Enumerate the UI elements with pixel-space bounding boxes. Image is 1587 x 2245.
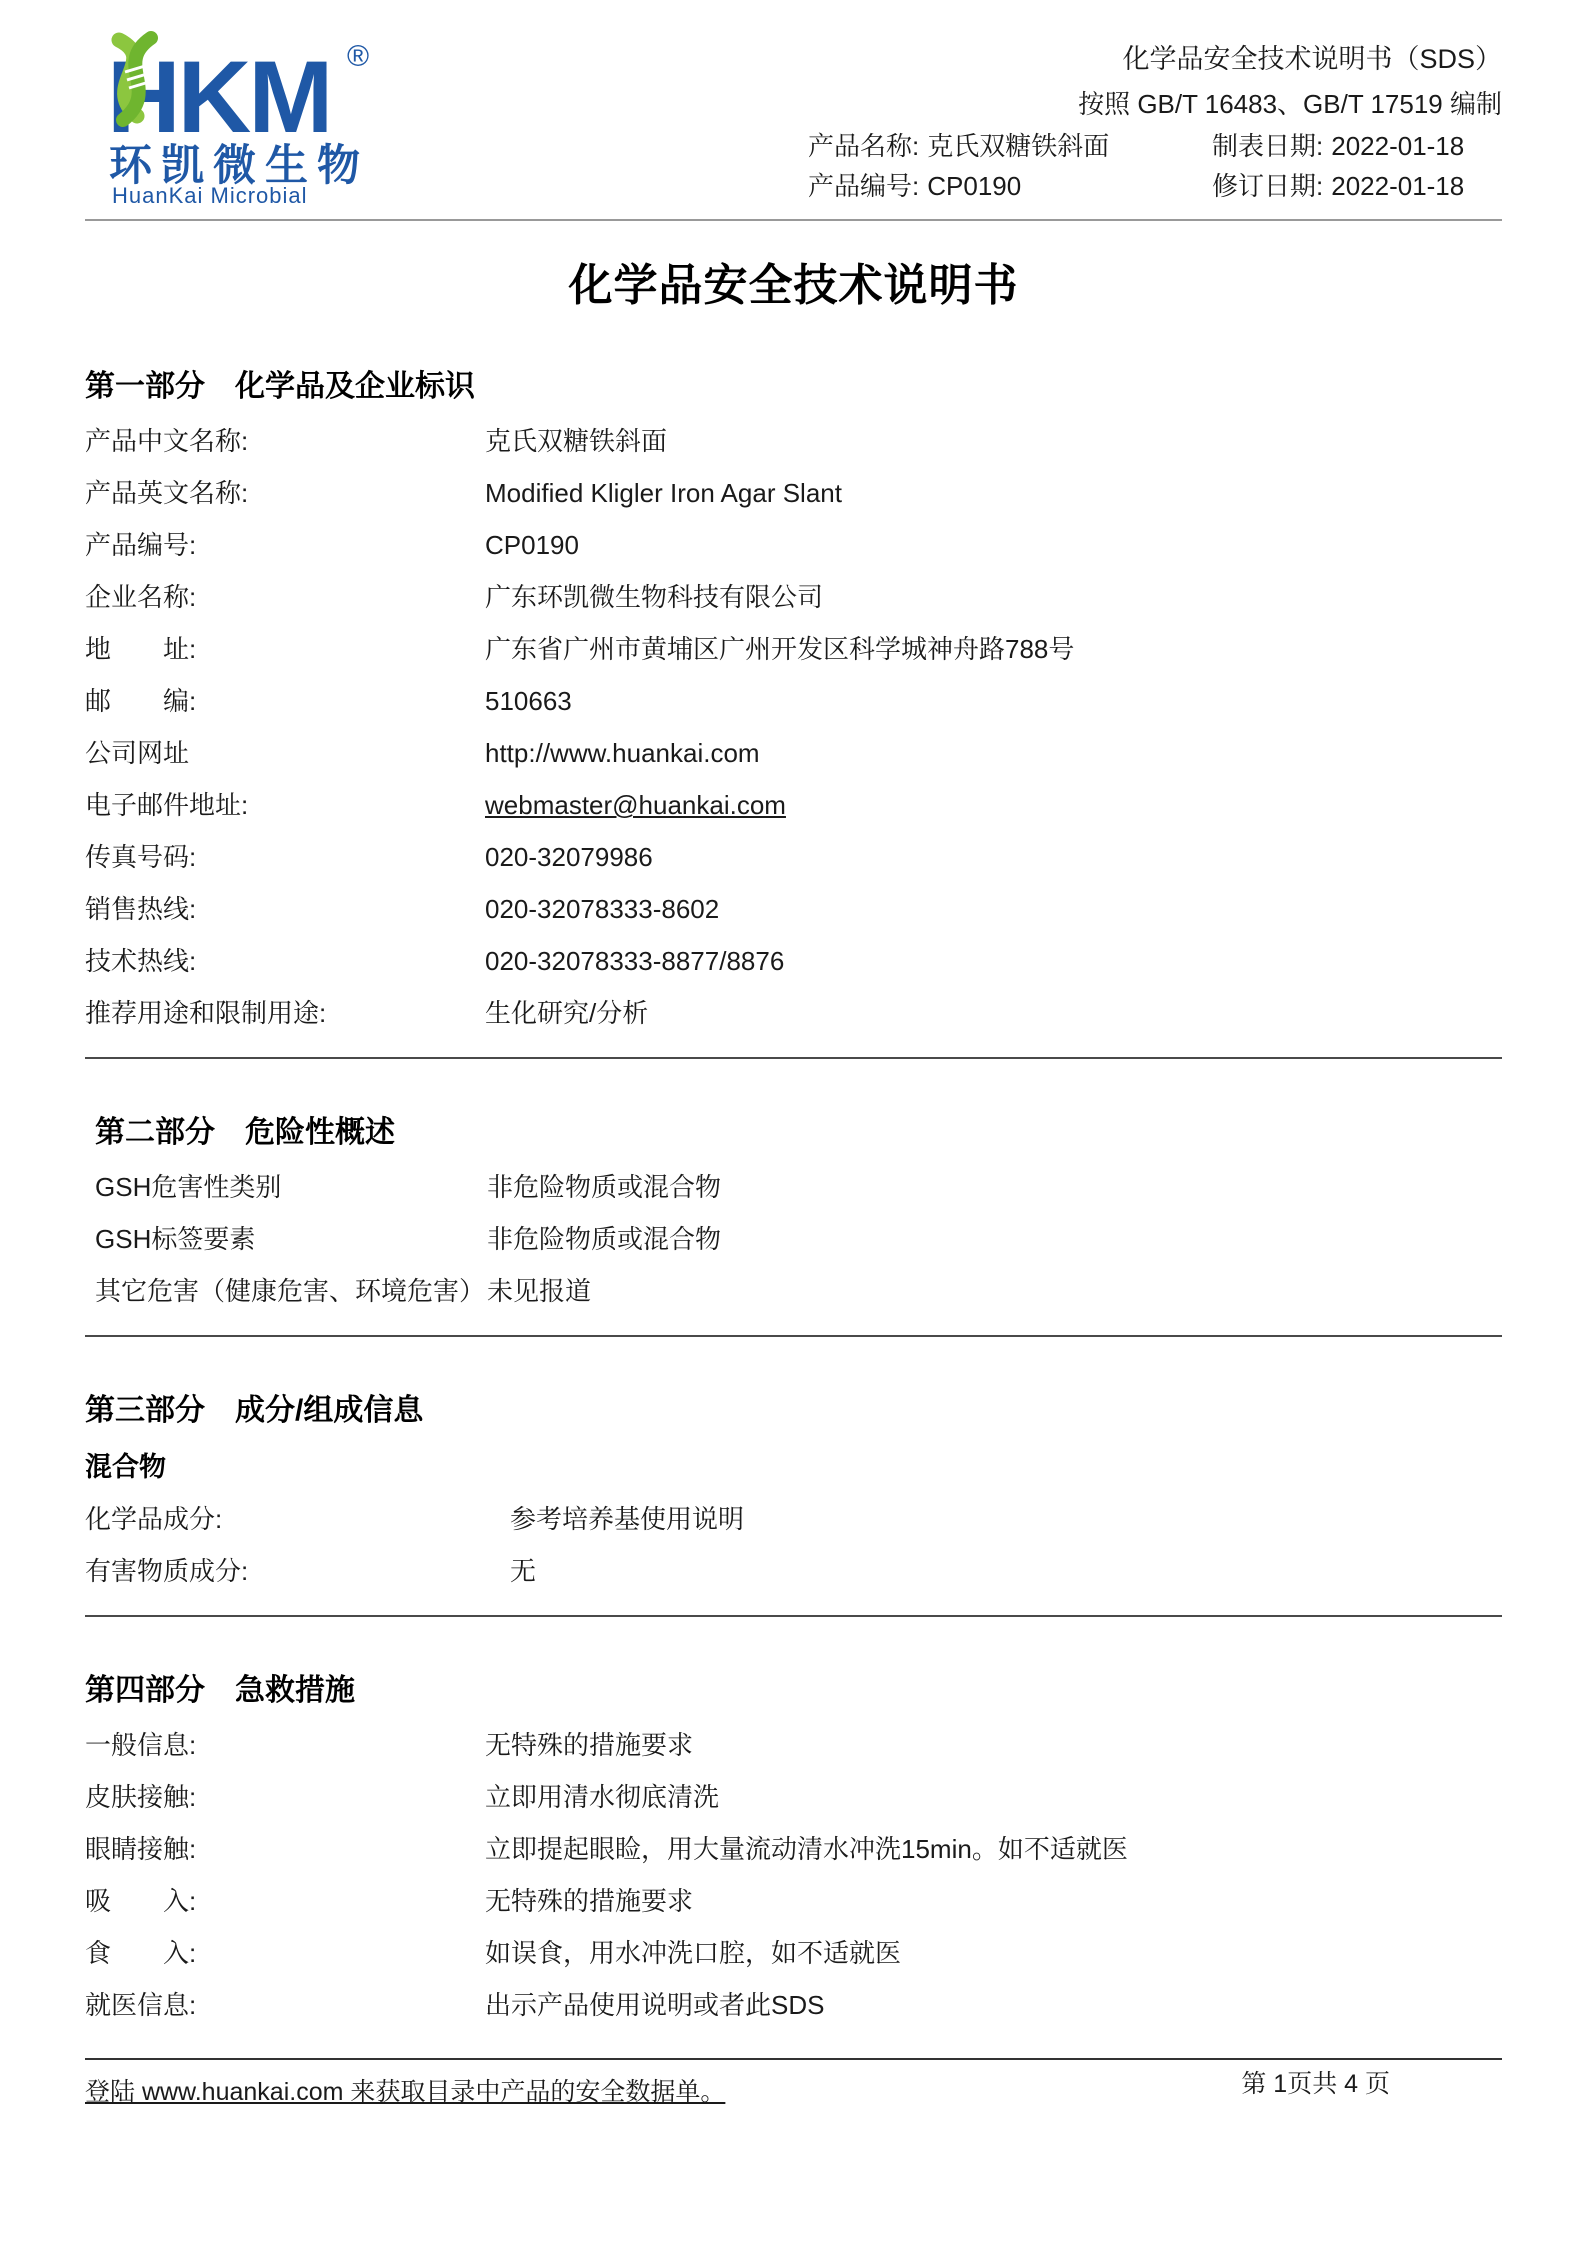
field-row: 就医信息:出示产品使用说明或者此SDS [85, 1987, 1502, 2023]
field-value: 广东环凯微生物科技有限公司 [485, 579, 1502, 615]
field-label: 公司网址 [85, 735, 485, 771]
field-label: 一般信息: [85, 1727, 485, 1763]
doc-type-line: 化学品安全技术说明书（SDS） [425, 42, 1502, 76]
logo-en-name: HuanKai Microbial [112, 183, 308, 206]
header-divider [85, 219, 1502, 221]
field-value: 出示产品使用说明或者此SDS [485, 1987, 1502, 2023]
hkm-logo-icon: HKM ® 环凯微生物 HuanKai Microbial [85, 28, 425, 206]
field-value: 广东省广州市黄埔区广州开发区科学城神舟路788号 [485, 631, 1502, 667]
revised-date-label: 修订日期: [1212, 171, 1323, 201]
product-code-cell: 产品编号:CP0190 [808, 170, 1212, 202]
field-row: 眼睛接触:立即提起眼睑，用大量流动清水冲洗15min。如不适就医 [85, 1831, 1502, 1867]
section-divider [85, 1057, 1502, 1059]
field-label: 推荐用途和限制用途: [85, 995, 485, 1031]
registered-trademark-icon: ® [347, 40, 369, 73]
section-divider [85, 1335, 1502, 1337]
page-footer: 登陆 www.huankai.com 来获取目录中产品的安全数据单。 第 1页共… [85, 2058, 1502, 2108]
field-value: 510663 [485, 683, 1502, 719]
section-identification: 第一部分 化学品及企业标识 产品中文名称:克氏双糖铁斜面 产品英文名称:Modi… [85, 367, 1502, 1059]
field-value: CP0190 [485, 527, 1502, 563]
field-value: Modified Kligler Iron Agar Slant [485, 475, 1502, 511]
field-label: 吸 入: [85, 1883, 485, 1919]
field-value: 020-32078333-8877/8876 [485, 943, 1502, 979]
revised-date-value: 2022-01-18 [1331, 171, 1464, 201]
field-row: 皮肤接触:立即用清水彻底清洗 [85, 1779, 1502, 1815]
field-row: GSH危害性类别非危险物质或混合物 [85, 1169, 1502, 1205]
field-value: 未见报道 [487, 1273, 1502, 1309]
field-label: 销售热线: [85, 891, 485, 927]
section-first-aid: 第四部分 急救措施 一般信息:无特殊的措施要求 皮肤接触:立即用清水彻底清洗 眼… [85, 1671, 1502, 2023]
field-label: 企业名称: [85, 579, 485, 615]
field-label: GSH标签要素 [95, 1221, 487, 1257]
field-value: 参考培养基使用说明 [510, 1501, 1502, 1537]
mixture-subheading: 混合物 [85, 1449, 1502, 1485]
product-name-label: 产品名称: [808, 131, 919, 161]
field-row: 电子邮件地址:webmaster@huankai.com [85, 787, 1502, 823]
field-row: 吸 入:无特殊的措施要求 [85, 1883, 1502, 1919]
section-4-title: 第四部分 急救措施 [85, 1671, 1502, 1711]
field-row: 产品编号:CP0190 [85, 527, 1502, 563]
section-divider [85, 1615, 1502, 1617]
field-row: 有害物质成分:无 [85, 1553, 1502, 1589]
field-label: 邮 编: [85, 683, 485, 719]
field-label: 产品中文名称: [85, 423, 485, 459]
section-1-title: 第一部分 化学品及企业标识 [85, 367, 1502, 407]
field-label: 产品编号: [85, 527, 485, 563]
field-row: 企业名称:广东环凯微生物科技有限公司 [85, 579, 1502, 615]
field-row: 一般信息:无特殊的措施要求 [85, 1727, 1502, 1763]
company-logo: HKM ® 环凯微生物 HuanKai Microbial [85, 28, 425, 211]
field-label: 传真号码: [85, 839, 485, 875]
field-value: 无特殊的措施要求 [485, 1727, 1502, 1763]
field-row: 产品中文名称:克氏双糖铁斜面 [85, 423, 1502, 459]
field-row: 邮 编:510663 [85, 683, 1502, 719]
product-code-value: CP0190 [927, 171, 1021, 201]
field-value: 非危险物质或混合物 [487, 1169, 1502, 1205]
field-row: 销售热线:020-32078333-8602 [85, 891, 1502, 927]
field-label: 食 入: [85, 1935, 485, 1971]
website-url: http://www.huankai.com [485, 735, 1502, 771]
field-row: GSH标签要素非危险物质或混合物 [85, 1221, 1502, 1257]
field-value: 立即提起眼睑，用大量流动清水冲洗15min。如不适就医 [485, 1831, 1502, 1867]
field-row: 地 址:广东省广州市黄埔区广州开发区科学城神舟路788号 [85, 631, 1502, 667]
field-row: 技术热线:020-32078333-8877/8876 [85, 943, 1502, 979]
field-label: GSH危害性类别 [95, 1169, 487, 1205]
field-label: 产品英文名称: [85, 475, 485, 511]
footer-website-link[interactable]: 登陆 www.huankai.com 来获取目录中产品的安全数据单。 [85, 2072, 725, 2108]
field-row: 产品英文名称:Modified Kligler Iron Agar Slant [85, 475, 1502, 511]
field-label: 地 址: [85, 631, 485, 667]
field-row: 传真号码:020-32079986 [85, 839, 1502, 875]
document-header: HKM ® 环凯微生物 HuanKai Microbial 化学品安全技术说明书 [85, 0, 1502, 211]
field-label: 就医信息: [85, 1987, 485, 2023]
page-number: 第 1页共 4 页 [1241, 2064, 1390, 2100]
field-label: 有害物质成分: [85, 1553, 510, 1589]
field-label: 其它危害（健康危害、环境危害） [95, 1273, 487, 1309]
field-label: 眼睛接触: [85, 1831, 485, 1867]
product-name-cell: 产品名称:克氏双糖铁斜面 [808, 130, 1212, 162]
field-value: 非危险物质或混合物 [487, 1221, 1502, 1257]
created-date-cell: 制表日期:2022-01-18 [1212, 130, 1502, 162]
product-code-label: 产品编号: [808, 171, 919, 201]
field-label: 皮肤接触: [85, 1779, 485, 1815]
created-date-value: 2022-01-18 [1331, 131, 1464, 161]
field-value: 无 [510, 1553, 1502, 1589]
field-row: 推荐用途和限制用途:生化研究/分析 [85, 995, 1502, 1031]
field-value: 立即用清水彻底清洗 [485, 1779, 1502, 1815]
field-value: 如误食，用水冲洗口腔，如不适就医 [485, 1935, 1502, 1971]
sds-document-page: HKM ® 环凯微生物 HuanKai Microbial 化学品安全技术说明书 [0, 0, 1587, 2245]
revised-date-cell: 修订日期:2022-01-18 [1212, 170, 1502, 202]
section-3-title: 第三部分 成分/组成信息 [85, 1391, 1502, 1431]
field-value: 生化研究/分析 [485, 995, 1502, 1031]
field-row: 化学品成分:参考培养基使用说明 [85, 1501, 1502, 1537]
product-name-value: 克氏双糖铁斜面 [927, 131, 1109, 161]
field-row: 食 入:如误食，用水冲洗口腔，如不适就医 [85, 1935, 1502, 1971]
created-date-label: 制表日期: [1212, 131, 1323, 161]
section-hazards: 第二部分 危险性概述 GSH危害性类别非危险物质或混合物 GSH标签要素非危险物… [85, 1113, 1502, 1337]
field-row: 其它危害（健康危害、环境危害）未见报道 [85, 1273, 1502, 1309]
header-info-block: 化学品安全技术说明书（SDS） 按照 GB/T 16483、GB/T 17519… [425, 28, 1502, 202]
email-link[interactable]: webmaster@huankai.com [485, 787, 1502, 823]
field-label: 电子邮件地址: [85, 787, 485, 823]
standard-line: 按照 GB/T 16483、GB/T 17519 编制 [425, 88, 1502, 120]
section-2-title: 第二部分 危险性概述 [85, 1113, 1502, 1153]
field-value: 020-32079986 [485, 839, 1502, 875]
field-value: 无特殊的措施要求 [485, 1883, 1502, 1919]
section-composition: 第三部分 成分/组成信息 混合物 化学品成分:参考培养基使用说明 有害物质成分:… [85, 1391, 1502, 1617]
field-label: 化学品成分: [85, 1501, 510, 1537]
page-title: 化学品安全技术说明书 [85, 249, 1502, 313]
field-row: 公司网址http://www.huankai.com [85, 735, 1502, 771]
field-value: 克氏双糖铁斜面 [485, 423, 1502, 459]
header-meta-grid: 产品名称:克氏双糖铁斜面 制表日期:2022-01-18 产品编号:CP0190… [808, 130, 1502, 202]
field-label: 技术热线: [85, 943, 485, 979]
field-value: 020-32078333-8602 [485, 891, 1502, 927]
